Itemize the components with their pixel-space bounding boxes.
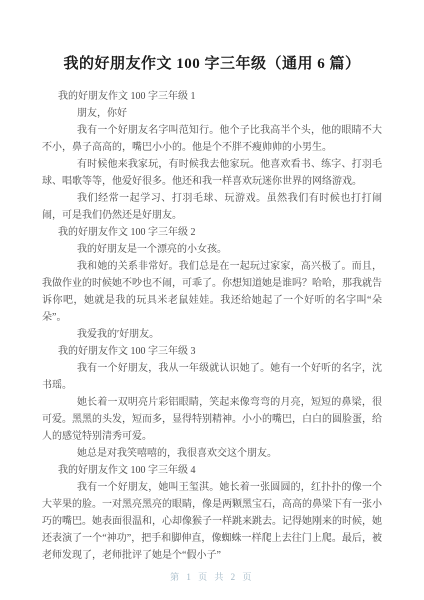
section-4-paragraph-1: 我有一个好朋友，她叫王玺淇。她长着一张圆圆的，红扑扑的像一个大苹果的脸。一对黑亮…	[42, 479, 382, 564]
section-heading-2: 我的好朋友作文 100 字三年级 2	[42, 224, 382, 241]
document-body: 我的好朋友作文 100 字三年级 1朋友，你好我有一个好朋友名字叫范知行。他个子…	[42, 88, 382, 564]
document-page: 我的好朋友作文 100 字三年级（通用 6 篇） 我的好朋友作文 100 字三年…	[0, 0, 424, 600]
section-heading-4: 我的好朋友作文 100 字三年级 4	[42, 462, 382, 479]
pagination-text: 第 1 页 共 2 页	[42, 571, 382, 583]
section-1-paragraph-4: 我们经常一起学习、打羽毛球、玩游戏。虽然我们有时候也打打闹闹，可是我们仍然还是好…	[42, 190, 382, 224]
section-3-paragraph-1: 我有一个好朋友，我从一年级就认识她了。她有一个好听的名字，沈书瑶。	[42, 360, 382, 394]
section-2-paragraph-2: 我和她的关系非常好。我们总是在一起玩过家家，高兴极了。而且，我做作业的时候她不吵…	[42, 258, 382, 326]
section-2-paragraph-1: 我的好朋友是一个漂亮的小女孩。	[42, 241, 382, 258]
section-3-paragraph-3: 她总是对我笑嘻嘻的，我很喜欢交这个朋友。	[42, 445, 382, 462]
section-1-paragraph-1: 朋友，你好	[42, 105, 382, 122]
section-3-paragraph-2: 她长着一双明亮片彩铝眼睛，笑起来像弯弯的月亮，短短的鼻梁，很可爱。黑黑的头发，短…	[42, 394, 382, 445]
section-1-paragraph-2: 我有一个好朋友名字叫范知行。他个子比我高半个头，他的眼睛不大不小，鼻子高高的，嘴…	[42, 122, 382, 156]
section-1-paragraph-3: 有时候他来我家玩，有时候我去他家玩。他喜欢看书、练字、打羽毛球、唱歌等等，他爱好…	[42, 156, 382, 190]
section-heading-3: 我的好朋友作文 100 字三年级 3	[42, 343, 382, 360]
document-title: 我的好朋友作文 100 字三年级（通用 6 篇）	[42, 54, 382, 75]
section-heading-1: 我的好朋友作文 100 字三年级 1	[42, 88, 382, 105]
section-2-paragraph-3: 我爱我的′好朋友。	[42, 326, 382, 343]
